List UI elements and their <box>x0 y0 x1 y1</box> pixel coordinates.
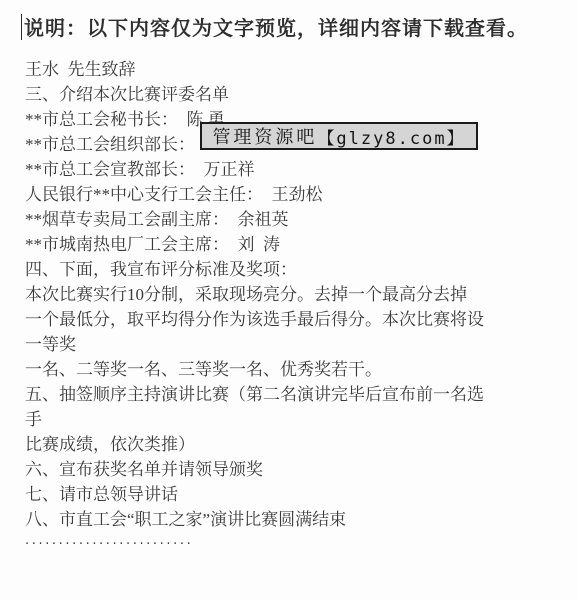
text-line: 一个最低分，取平均得分作为该选手最后得分。本次比赛将设 <box>25 307 555 332</box>
text-line: **市城南热电厂工会主席： 刘 涛 <box>25 232 555 257</box>
text-line: 手 <box>25 407 555 432</box>
watermark-site-url: 【glzy8.com】 <box>317 124 465 149</box>
preview-page: 说明：以下内容仅为文字预览，详细内容请下载查看。 管理资源吧【glzy8.com… <box>0 0 578 600</box>
text-line: 四、下面，我宣布评分标准及奖项： <box>25 257 555 282</box>
text-line: 五、抽签顺序主持演讲比赛（第二名演讲完毕后宣布前一名选 <box>25 382 555 407</box>
text-line: 六、宣布获奖名单并请领导颁奖 <box>25 457 555 482</box>
watermark-site-name: 管理资源吧 <box>212 123 317 149</box>
text-line: 一等奖 <box>25 332 555 357</box>
text-line: 比赛成绩，依次类推） <box>25 432 555 457</box>
preview-notice: 说明：以下内容仅为文字预览，详细内容请下载查看。 <box>24 12 528 41</box>
text-line: 八、市直工会“职工之家”演讲比赛圆满结束 <box>25 507 555 532</box>
text-line: 人民银行**中心支行工会主任： 王劲松 <box>25 182 555 207</box>
text-line: 三、介绍本次比赛评委名单 <box>25 82 555 107</box>
watermark-banner[interactable]: 管理资源吧【glzy8.com】 <box>200 122 478 150</box>
text-line: 本次比赛实行10分制，采取现场亮分。去掉一个最高分去掉 <box>25 282 555 307</box>
text-line: **市总工会宣教部长： 万正祥 <box>25 157 555 182</box>
ellipsis-line: ························· <box>25 532 555 557</box>
text-line: 一名、二等奖一名、三等奖一名、优秀奖若干。 <box>25 357 555 382</box>
text-cursor <box>21 14 22 40</box>
text-line: **烟草专卖局工会副主席： 余祖英 <box>25 207 555 232</box>
text-line: 七、请市总领导讲话 <box>25 482 555 507</box>
text-line: 王水 先生致辞 <box>25 57 555 82</box>
